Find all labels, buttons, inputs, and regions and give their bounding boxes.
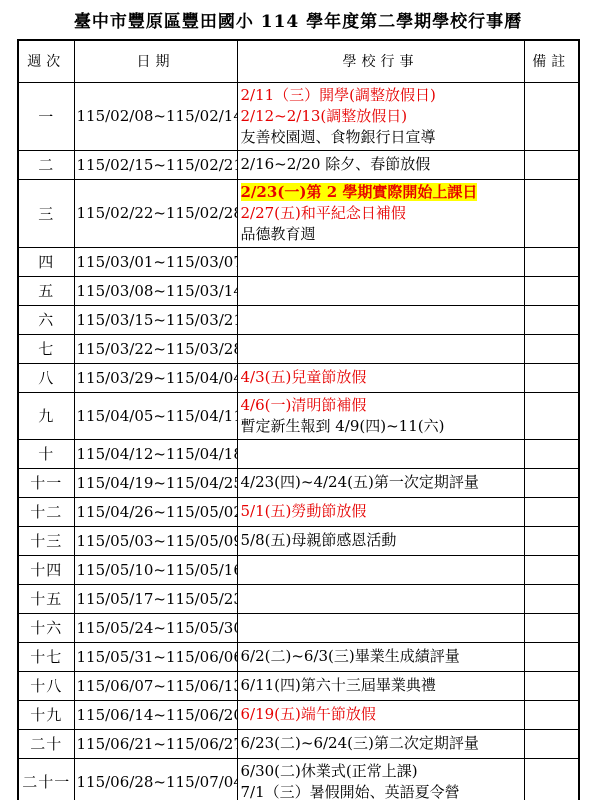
remarks-cell [524,468,579,497]
remarks-cell [524,758,579,800]
date-cell: 115/04/12~115/04/18 [74,439,237,468]
date-cell: 115/03/22~115/03/28 [74,334,237,363]
remarks-cell [524,700,579,729]
date-cell: 115/05/17~115/05/23 [74,584,237,613]
events-cell: 6/11(四)第六十三屆畢業典禮 [237,671,524,700]
events-cell: 6/19(五)端午節放假 [237,700,524,729]
calendar-table-body: 一115/02/08~115/02/142/11（三）開學(調整放假日)2/12… [18,82,579,800]
event-line: 6/11(四)第六十三屆畢業典禮 [241,675,522,696]
date-cell: 115/03/08~115/03/14 [74,276,237,305]
events-cell [237,613,524,642]
remarks-cell [524,305,579,334]
page-title: 臺中市豐原區豐田國小 114 學年度第二學期學校行事曆 [0,7,596,32]
week-cell: 二 [18,150,74,179]
remarks-cell [524,392,579,439]
event-line: 5/8(五)母親節感恩活動 [241,530,522,551]
table-row: 十115/04/12~115/04/18 [18,439,579,468]
week-cell: 三 [18,179,74,247]
table-row: 九115/04/05~115/04/114/6(一)清明節補假暫定新生報到 4/… [18,392,579,439]
date-cell: 115/04/26~115/05/02 [74,497,237,526]
remarks-cell [524,613,579,642]
remarks-cell [524,276,579,305]
events-cell: 6/23(二)~6/24(三)第二次定期評量 [237,729,524,758]
table-row: 十八115/06/07~115/06/136/11(四)第六十三屆畢業典禮 [18,671,579,700]
event-line: 4/6(一)清明節補假 [241,395,522,416]
events-cell: 6/30(二)休業式(正常上課)7/1（三）暑假開始、英語夏令營 [237,758,524,800]
table-row: 十七115/05/31~115/06/066/2(二)~6/3(三)畢業生成績評… [18,642,579,671]
table-row: 十四115/05/10~115/05/16 [18,555,579,584]
table-row: 十六115/05/24~115/05/30 [18,613,579,642]
week-cell: 八 [18,363,74,392]
calendar-table: 週次 日期 學校行事 備註 一115/02/08~115/02/142/11（三… [17,39,580,800]
header-week: 週次 [18,40,74,82]
event-line: 6/30(二)休業式(正常上課) [241,761,522,782]
event-line: 品德教育週 [241,224,522,245]
week-cell: 十一 [18,468,74,497]
week-cell: 十五 [18,584,74,613]
date-cell: 115/06/14~115/06/20 [74,700,237,729]
events-cell: 4/23(四)~4/24(五)第一次定期評量 [237,468,524,497]
event-line: 2/11（三）開學(調整放假日) [241,85,522,106]
table-row: 二115/02/15~115/02/212/16~2/20 除夕、春節放假 [18,150,579,179]
date-cell: 115/06/21~115/06/27 [74,729,237,758]
remarks-cell [524,334,579,363]
date-cell: 115/04/19~115/04/25 [74,468,237,497]
remarks-cell [524,729,579,758]
events-cell [237,276,524,305]
header-date: 日期 [74,40,237,82]
week-cell: 七 [18,334,74,363]
event-line: 2/27(五)和平紀念日補假 [241,203,522,224]
remarks-cell [524,363,579,392]
events-cell: 2/23(一)第 2 學期實際開始上課日2/27(五)和平紀念日補假品德教育週 [237,179,524,247]
table-row: 二十一115/06/28~115/07/046/30(二)休業式(正常上課)7/… [18,758,579,800]
date-cell: 115/06/07~115/06/13 [74,671,237,700]
remarks-cell [524,179,579,247]
table-row: 三115/02/22~115/02/282/23(一)第 2 學期實際開始上課日… [18,179,579,247]
events-cell: 6/2(二)~6/3(三)畢業生成績評量 [237,642,524,671]
table-row: 七115/03/22~115/03/28 [18,334,579,363]
week-cell: 六 [18,305,74,334]
week-cell: 十九 [18,700,74,729]
events-cell [237,305,524,334]
calendar-page: 臺中市豐原區豐田國小 114 學年度第二學期學校行事曆 週次 日期 學校行事 備… [0,0,596,800]
date-cell: 115/03/15~115/03/21 [74,305,237,334]
event-line: 2/16~2/20 除夕、春節放假 [241,154,522,175]
date-cell: 115/02/22~115/02/28 [74,179,237,247]
week-cell: 二十 [18,729,74,758]
date-cell: 115/03/01~115/03/07 [74,247,237,276]
events-cell: 5/1(五)勞動節放假 [237,497,524,526]
remarks-cell [524,439,579,468]
event-line: 4/3(五)兒童節放假 [241,367,522,388]
date-cell: 115/05/10~115/05/16 [74,555,237,584]
week-cell: 四 [18,247,74,276]
event-line: 暫定新生報到 4/9(四)~11(六) [241,416,522,437]
table-row: 十五115/05/17~115/05/23 [18,584,579,613]
table-row: 十二115/04/26~115/05/025/1(五)勞動節放假 [18,497,579,526]
table-row: 五115/03/08~115/03/14 [18,276,579,305]
week-cell: 十七 [18,642,74,671]
remarks-cell [524,82,579,150]
remarks-cell [524,555,579,584]
events-cell: 2/16~2/20 除夕、春節放假 [237,150,524,179]
events-cell [237,439,524,468]
header-events: 學校行事 [237,40,524,82]
event-line: 6/19(五)端午節放假 [241,704,522,725]
table-row: 四115/03/01~115/03/07 [18,247,579,276]
events-cell: 5/8(五)母親節感恩活動 [237,526,524,555]
table-row: 十九115/06/14~115/06/206/19(五)端午節放假 [18,700,579,729]
week-cell: 十三 [18,526,74,555]
date-cell: 115/05/31~115/06/06 [74,642,237,671]
week-cell: 十 [18,439,74,468]
events-cell: 2/11（三）開學(調整放假日)2/12~2/13(調整放假日)友善校園週、食物… [237,82,524,150]
table-row: 二十115/06/21~115/06/276/23(二)~6/24(三)第二次定… [18,729,579,758]
week-cell: 二十一 [18,758,74,800]
date-cell: 115/03/29~115/04/04 [74,363,237,392]
week-cell: 五 [18,276,74,305]
date-cell: 115/02/15~115/02/21 [74,150,237,179]
event-line: 5/1(五)勞動節放假 [241,501,522,522]
event-line: 6/23(二)~6/24(三)第二次定期評量 [241,733,522,754]
event-line: 2/23(一)第 2 學期實際開始上課日 [241,182,522,203]
events-cell [237,247,524,276]
event-line: 7/1（三）暑假開始、英語夏令營 [241,782,522,800]
week-cell: 十八 [18,671,74,700]
date-cell: 115/05/24~115/05/30 [74,613,237,642]
table-row: 八115/03/29~115/04/044/3(五)兒童節放假 [18,363,579,392]
events-cell [237,334,524,363]
date-cell: 115/06/28~115/07/04 [74,758,237,800]
event-line: 友善校園週、食物銀行日宣導 [241,127,522,148]
events-cell: 4/6(一)清明節補假暫定新生報到 4/9(四)~11(六) [237,392,524,439]
remarks-cell [524,526,579,555]
week-cell: 一 [18,82,74,150]
event-line: 4/23(四)~4/24(五)第一次定期評量 [241,472,522,493]
remarks-cell [524,150,579,179]
table-row: 十一115/04/19~115/04/254/23(四)~4/24(五)第一次定… [18,468,579,497]
header-remarks: 備註 [524,40,579,82]
remarks-cell [524,584,579,613]
remarks-cell [524,497,579,526]
date-cell: 115/02/08~115/02/14 [74,82,237,150]
header-row: 週次 日期 學校行事 備註 [18,40,579,82]
remarks-cell [524,247,579,276]
week-cell: 十六 [18,613,74,642]
table-row: 十三115/05/03~115/05/095/8(五)母親節感恩活動 [18,526,579,555]
events-cell [237,555,524,584]
events-cell [237,584,524,613]
events-cell: 4/3(五)兒童節放假 [237,363,524,392]
table-row: 六115/03/15~115/03/21 [18,305,579,334]
table-row: 一115/02/08~115/02/142/11（三）開學(調整放假日)2/12… [18,82,579,150]
remarks-cell [524,642,579,671]
week-cell: 十四 [18,555,74,584]
week-cell: 十二 [18,497,74,526]
event-line: 6/2(二)~6/3(三)畢業生成績評量 [241,646,522,667]
date-cell: 115/04/05~115/04/11 [74,392,237,439]
remarks-cell [524,671,579,700]
week-cell: 九 [18,392,74,439]
date-cell: 115/05/03~115/05/09 [74,526,237,555]
event-line: 2/12~2/13(調整放假日) [241,106,522,127]
